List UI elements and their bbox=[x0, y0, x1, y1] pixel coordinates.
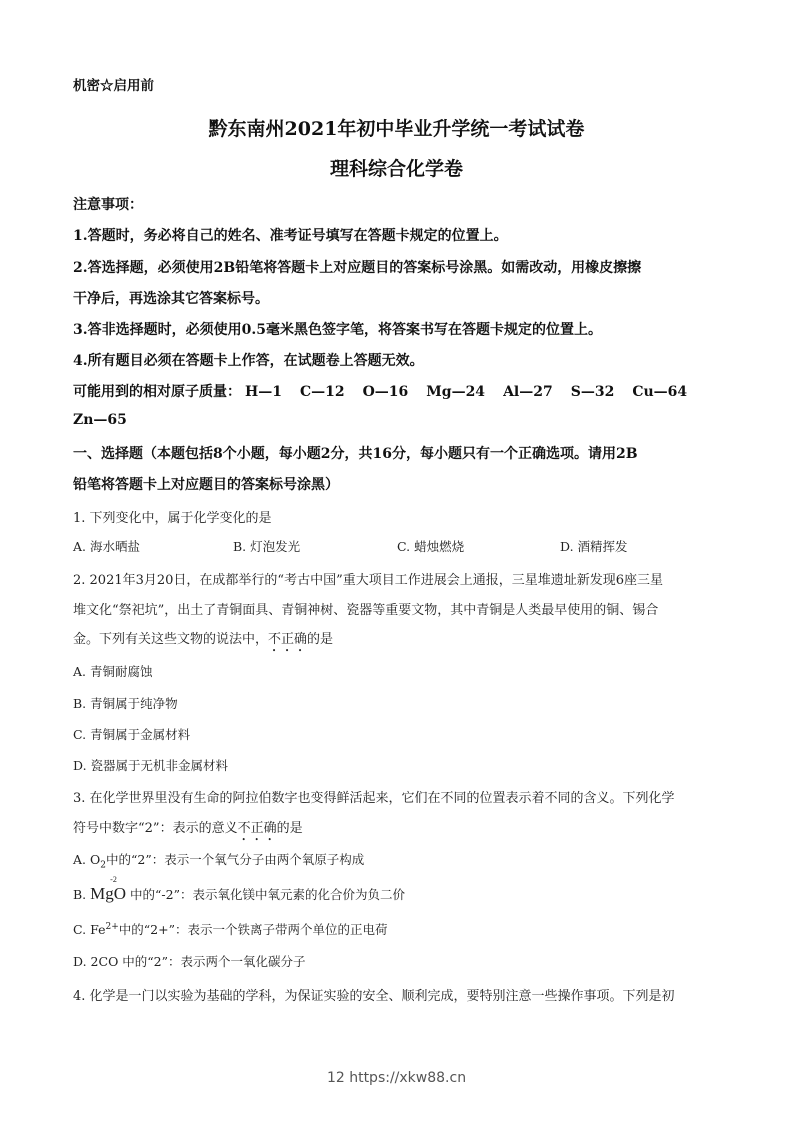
superscript: 2+ bbox=[105, 922, 118, 932]
atomic-mass: Cu—64 bbox=[632, 384, 687, 400]
option-label: A. bbox=[73, 852, 86, 867]
q2-option-c: C. 青铜属于金属材料 bbox=[73, 725, 190, 743]
q1-option-d: D. 酒精挥发 bbox=[560, 537, 628, 555]
stem-text: 符号中数字“2”：表示的意义 bbox=[73, 821, 238, 836]
page-footer: 12 https://xkw88.cn bbox=[0, 1070, 793, 1086]
valence-mark: -2 bbox=[110, 875, 117, 884]
question-3-stem: 符号中数字“2”：表示的意义不正确的是 bbox=[73, 817, 303, 844]
atomic-mass: C—12 bbox=[300, 384, 345, 400]
question-1-stem: 1. 下列变化中，属于化学变化的是 bbox=[73, 507, 272, 526]
question-4-stem: 4. 化学是一门以实验为基础的学科，为保证实验的安全、顺利完成，要特别注意一些操… bbox=[73, 985, 675, 1004]
notes-heading: 注意事项： bbox=[73, 194, 143, 214]
exam-title: 黔东南州2021年初中毕业升学统一考试试卷 bbox=[0, 114, 793, 141]
formula: MgO-2 bbox=[90, 884, 126, 903]
stem-text: 的是 bbox=[307, 632, 333, 647]
question-2-stem: 2. 2021年3月20日，在成都举行的“考古中国”重大项目工作进展会上通报，三… bbox=[73, 569, 663, 588]
formula-text: MgO bbox=[90, 884, 126, 903]
question-2-stem: 堆文化“祭祀坑”，出土了青铜面具、青铜神树、瓷器等重要文物，其中青铜是人类最早使… bbox=[73, 599, 658, 618]
option-text: 中的“2+”：表示一个铁离子带两个单位的正电荷 bbox=[119, 922, 388, 937]
q3-option-b: B. MgO-2 中的“-2”：表示氧化镁中氧元素的化合价为负二价 bbox=[73, 884, 405, 904]
option-text: 中的“-2”：表示氧化镁中氧元素的化合价为负二价 bbox=[130, 887, 405, 902]
atomic-mass: H—1 bbox=[245, 384, 282, 400]
q1-option-c: C. 蜡烛燃烧 bbox=[397, 537, 464, 555]
atomic-mass: Zn—65 bbox=[73, 412, 127, 428]
exam-subtitle: 理科综合化学卷 bbox=[0, 154, 793, 181]
q1-option-b: B. 灯泡发光 bbox=[233, 537, 300, 555]
q3-option-c: C. Fe2+中的“2+”：表示一个铁离子带两个单位的正电荷 bbox=[73, 920, 387, 938]
atomic-mass-line: 可能用到的相对原子质量：H—1C—12O—16Mg—24Al—27S—32Cu—… bbox=[73, 381, 705, 401]
note-item: 2.答选择题，必须使用2B铅笔将答题卡上对应题目的答案标号涂黑。如需改动，用橡皮… bbox=[73, 257, 641, 277]
q2-option-d: D. 瓷器属于无机非金属材料 bbox=[73, 756, 228, 774]
option-label: D. bbox=[73, 954, 87, 969]
section-heading: 一、选择题（本题包括8个小题，每小题2分，共16分，每小题只有一个正确选项。请用… bbox=[73, 443, 638, 463]
atomic-mass: O—16 bbox=[363, 384, 409, 400]
note-item: 3.答非选择题时，必须使用0.5毫米黑色签字笔，将答案书写在答题卡规定的位置上。 bbox=[73, 319, 602, 339]
stem-text: 的是 bbox=[277, 821, 303, 836]
question-3-stem: 3. 在化学世界里没有生命的阿拉伯数字也变得鲜活起来，它们在不同的位置表示着不同… bbox=[73, 787, 675, 806]
atomic-mass: S—32 bbox=[571, 384, 615, 400]
option-text: 中的“2”：表示一个氧气分子由两个氧原子构成 bbox=[106, 852, 364, 867]
atomic-mass-label: 可能用到的相对原子质量： bbox=[73, 381, 241, 401]
atomic-mass: Mg—24 bbox=[426, 384, 485, 400]
note-item: 1.答题时，务必将自己的姓名、准考证号填写在答题卡规定的位置上。 bbox=[73, 225, 508, 245]
q2-option-a: A. 青铜耐腐蚀 bbox=[73, 662, 152, 680]
q1-option-a: A. 海水晒盐 bbox=[73, 537, 140, 555]
option-label: C. bbox=[73, 922, 86, 937]
section-heading: 铅笔将答题卡上对应题目的答案标号涂黑） bbox=[73, 474, 339, 494]
formula: O bbox=[90, 852, 100, 867]
atomic-mass: Al—27 bbox=[503, 384, 553, 400]
emphasis-text: 不正确 bbox=[238, 821, 277, 836]
emphasis-text: 不正确 bbox=[268, 632, 307, 647]
option-text: 2CO 中的“2”：表示两个一氧化碳分子 bbox=[91, 954, 306, 969]
option-label: B. bbox=[73, 887, 86, 902]
stem-text: 金。下列有关这些文物的说法中， bbox=[73, 632, 268, 647]
note-item: 干净后，再选涂其它答案标号。 bbox=[73, 288, 269, 308]
q3-option-d: D. 2CO 中的“2”：表示两个一氧化碳分子 bbox=[73, 952, 306, 970]
q3-option-a: A. O2中的“2”：表示一个氧气分子由两个氧原子构成 bbox=[73, 850, 364, 871]
note-item: 4.所有题目必须在答题卡上作答，在试题卷上答题无效。 bbox=[73, 350, 424, 370]
confidential-label: 机密☆启用前 bbox=[73, 74, 154, 94]
question-2-stem: 金。下列有关这些文物的说法中，不正确的是 bbox=[73, 628, 333, 655]
q2-option-b: B. 青铜属于纯净物 bbox=[73, 694, 178, 712]
formula: Fe bbox=[90, 922, 105, 937]
